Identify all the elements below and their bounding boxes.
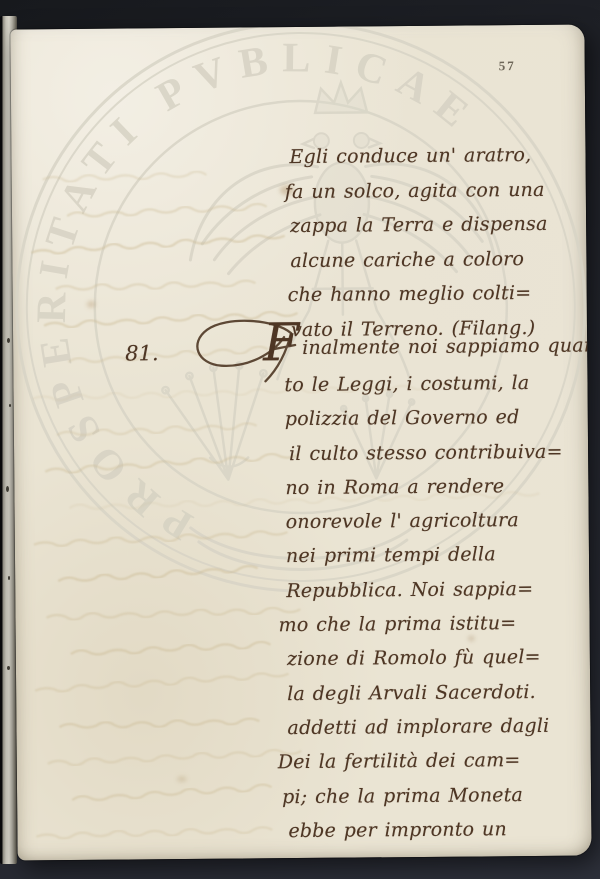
gutter-speck [7,338,10,343]
manuscript-line: fa un solco, agita con una [285,172,548,209]
manuscript-line: Dei la fertilità dei cam= [278,743,566,780]
paragraph-initial: F [263,313,300,373]
manuscript-line: Repubblica. Noi sappia= [286,571,564,608]
manuscript-line: polizzia del Governo ed [285,400,563,437]
gutter-speck [6,486,9,492]
manuscript-line: onorevole l' agricoltura [286,503,564,540]
paper-stain [177,776,187,782]
manuscript-line: to le Leggi, i costumi, la [284,366,562,403]
page-number: 57 [499,58,516,74]
paragraph-number: 81. [125,341,159,365]
manuscript-page: PROSPERITATI PVBLICAE [10,25,591,861]
bleedthrough-line [59,565,257,584]
bleedthrough-line [68,203,266,219]
manuscript-line: che hanno meglio colti= [288,276,549,313]
bleedthrough-line [49,748,301,766]
gutter-speck [8,576,10,580]
bleedthrough-line [44,171,206,182]
bleedthrough-line [72,641,270,657]
paper-stain [87,301,96,308]
gutter-speck [9,404,11,407]
manuscript-line: no in Roma a rendere [285,469,563,506]
paragraph-block-81: to le Leggi, i costumi, la polizzia del … [284,366,566,849]
manuscript-line: addetti ad implorare dagli [287,709,565,746]
bleedthrough-line [46,452,298,475]
bleedthrough-line [37,826,271,839]
manuscript-line: ebbe per impronto un [288,812,566,849]
manuscript-line: nei primi tempi della [286,537,564,574]
bleedthrough-line [60,718,258,730]
manuscript-line: zappa la Terra e dispensa [290,207,548,244]
manuscript-line: alcune cariche a coloro [290,242,548,279]
manuscript-line: il culto stesso contribuiva= [289,434,563,471]
bleedthrough-line [36,671,288,694]
gutter-speck [7,666,10,670]
manuscript-line: pi; che la prima Moneta [282,777,566,814]
scan-backdrop: PROSPERITATI PVBLICAE [0,0,600,879]
manuscript-line: la degli Arvali Sacerdoti. [287,674,565,711]
bleedthrough-line [35,529,287,547]
bleedthrough-line [57,280,255,292]
manuscript-line: mo che la prima istitu= [278,606,564,643]
bleedthrough-line [32,233,284,256]
manuscript-line: inalmente noi sappiamo quan= [302,334,592,359]
bleedthrough-line [47,607,299,621]
bleedthrough-line [73,784,271,803]
manuscript-line: zione di Romolo fù quel= [287,640,565,677]
bleedthrough-line [58,422,256,438]
manuscript-line: Egli conduce un' aratro, [289,138,547,175]
paragraph-block-top: Egli conduce un' aratro, fa un solco, ag… [289,138,548,348]
